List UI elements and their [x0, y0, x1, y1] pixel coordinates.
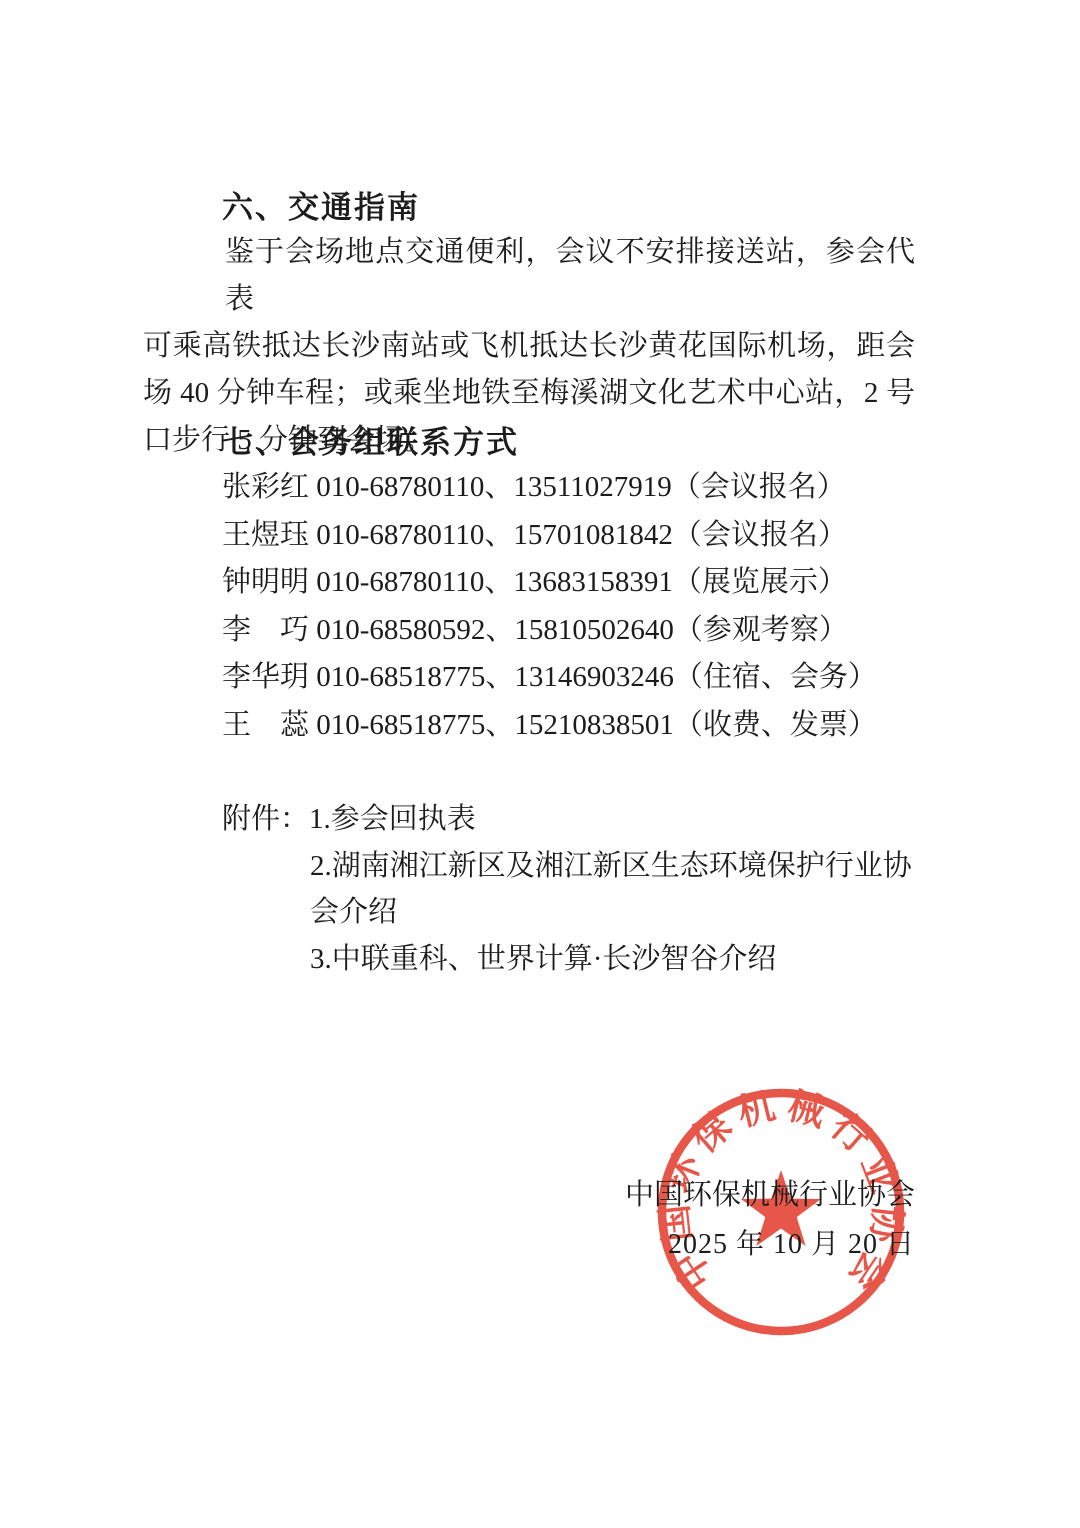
attachment-item: 会介绍 — [310, 889, 912, 936]
contact-entry: 王 蕊 010-68518775、15210838501（收费、发票） — [222, 702, 877, 750]
attachments-block: 附件：1.参会回执表 2.湖南湘江新区及湘江新区生态环境保护行业协 会介绍 3.… — [222, 796, 912, 982]
paragraph-line: 场 40 分钟车程；或乘坐地铁至梅溪湖文化艺术中心站，2 号 — [143, 370, 915, 417]
attachment-item: 3.中联重科、世界计算·长沙智谷介绍 — [310, 936, 912, 983]
contact-entry: 李 巧 010-68580592、15810502640（参观考察） — [222, 607, 877, 655]
contact-entry: 钟明明 010-68780110、13683158391（展览展示） — [222, 559, 877, 607]
contact-entry: 王煜珏 010-68780110、15701081842（会议报名） — [222, 512, 877, 560]
contact-entry: 张彩红 010-68780110、13511027919（会议报名） — [222, 464, 877, 512]
contact-entry: 李华玥 010-68518775、13146903246（住宿、会务） — [222, 654, 877, 702]
contacts-list: 张彩红 010-68780110、13511027919（会议报名） 王煜珏 0… — [222, 464, 877, 749]
paragraph-line: 鉴于会场地点交通便利，会议不安排接送站，参会代表 — [143, 229, 915, 323]
attachment-item: 1.参会回执表 — [309, 803, 476, 835]
document-page: 六、交通指南 鉴于会场地点交通便利，会议不安排接送站，参会代表 可乘高铁抵达长沙… — [0, 0, 1080, 1528]
signature-date: 2025 年 10 月 20 日 — [668, 1221, 915, 1268]
contacts-heading: 七、会务组联系方式 — [222, 419, 519, 466]
attachment-item: 2.湖南湘江新区及湘江新区生态环境保护行业协 — [310, 843, 912, 890]
transport-heading: 六、交通指南 — [222, 184, 420, 231]
attachments-label: 附件： — [222, 803, 309, 835]
attachment-line: 附件：1.参会回执表 — [222, 796, 912, 843]
paragraph-line: 可乘高铁抵达长沙南站或飞机抵达长沙黄花国际机场，距会 — [143, 323, 915, 370]
signature-organization: 中国环保机械行业协会 — [625, 1172, 915, 1219]
